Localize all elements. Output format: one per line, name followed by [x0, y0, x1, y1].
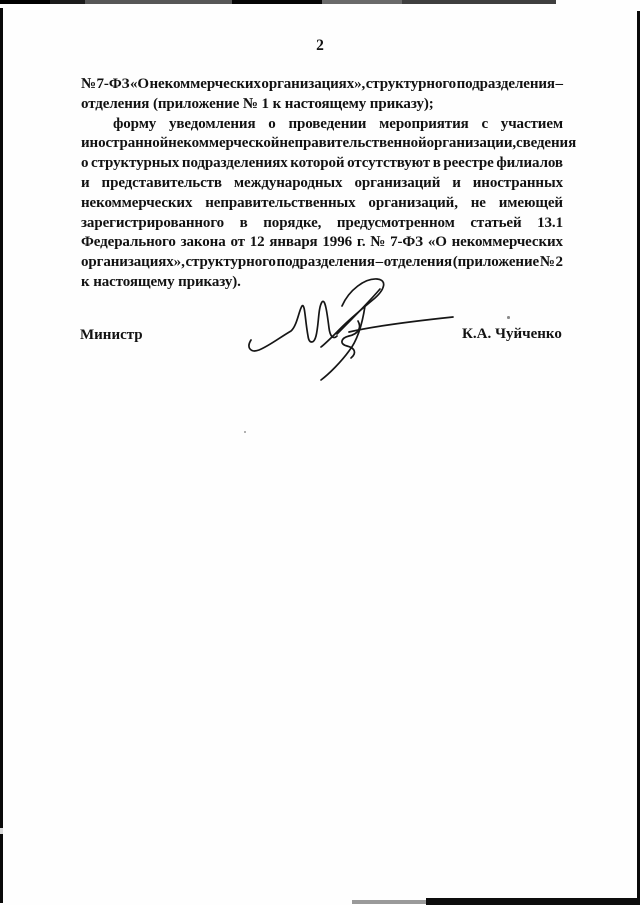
scan-edge-left-gap [0, 828, 3, 834]
text-line: зарегистрированноговпорядке,предусмотрен… [81, 214, 563, 234]
scan-artifact-dot [244, 431, 246, 433]
page-number: 2 [0, 37, 640, 55]
text-line: оструктурныхподразделенияхкоторойотсутст… [81, 154, 563, 174]
text-line: №7-ФЗ«Онекоммерческихорганизациях»,струк… [81, 75, 563, 95]
text-line: некоммерческихнеправительственныхорганиз… [81, 194, 563, 214]
scan-edge-right [637, 11, 640, 905]
signature-icon [245, 276, 457, 388]
signatory-name: К.А. Чуйченко [462, 326, 562, 343]
text-line: формууведомленияопроведениимероприятиясу… [81, 115, 563, 135]
signatory-title: Министр [80, 327, 143, 344]
scan-edge-left [0, 8, 3, 903]
scanned-document-page: 2 №7-ФЗ«Онекоммерческихорганизациях»,стр… [0, 0, 640, 905]
text-line: иностраннойнекоммерческойнеправительстве… [81, 134, 563, 154]
text-line: организациях»,структурногоподразделения–… [81, 253, 563, 273]
scan-edge-top [0, 0, 556, 4]
scan-artifact-dot [507, 316, 510, 319]
scan-edge-bottom-black [426, 898, 640, 905]
text-line: ипредставительствмеждународныхорганизаци… [81, 174, 563, 194]
body-text: №7-ФЗ«Онекоммерческихорганизациях»,струк… [81, 75, 563, 293]
text-line: Федеральногозаконаот12января1996г.№7-ФЗ«… [81, 233, 563, 253]
text-line: отделения (приложение № 1 к настоящему п… [81, 95, 563, 115]
scan-edge-bottom-gray [352, 900, 426, 904]
